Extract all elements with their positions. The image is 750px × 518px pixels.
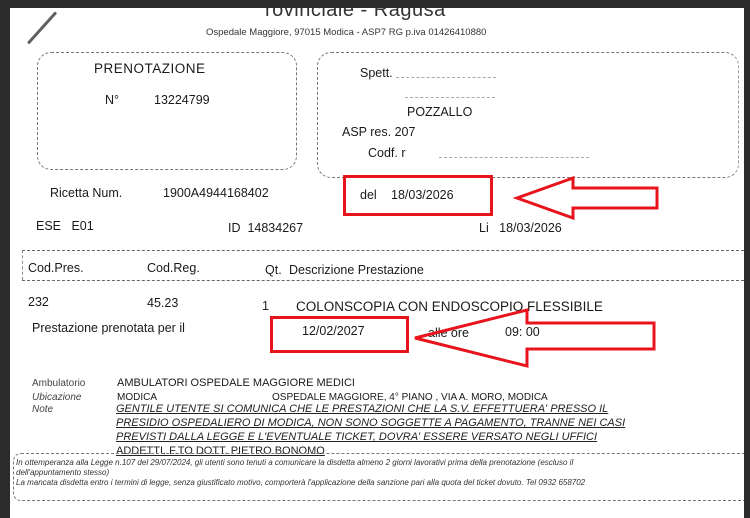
recipient-codf: Codf. r bbox=[368, 146, 589, 160]
footer-line-3: La mancata disdetta entro i termini di l… bbox=[16, 478, 585, 487]
redacted-name bbox=[396, 69, 496, 78]
ese-label: ESE bbox=[36, 219, 61, 233]
cell-qt: 1 bbox=[262, 299, 269, 313]
scanned-document: rovinciale - Ragusa Ospedale Maggiore, 9… bbox=[10, 8, 744, 518]
footer-line-1: In ottemperanza alla Legge n.107 del 29/… bbox=[16, 458, 573, 467]
cell-cod-pres: 232 bbox=[28, 295, 49, 309]
booking-title: PRENOTAZIONE bbox=[94, 61, 206, 76]
id-label: ID bbox=[228, 221, 241, 235]
footer-line-2: dell'appuntamento stesso) bbox=[16, 468, 109, 477]
id-value: 14834267 bbox=[247, 221, 303, 235]
redacted-address bbox=[405, 85, 495, 103]
booking-number-label: N° bbox=[105, 93, 119, 107]
booking-number: 13224799 bbox=[154, 93, 210, 107]
del-label: del bbox=[360, 188, 377, 202]
del-date: 18/03/2026 bbox=[391, 188, 454, 202]
redacted-codf bbox=[439, 149, 589, 158]
li-label: Li bbox=[479, 221, 489, 235]
ubicazione-label: Ubicazione bbox=[32, 392, 81, 403]
col-descrizione: Descrizione Prestazione bbox=[289, 263, 424, 277]
table-header-left-rule bbox=[22, 250, 23, 280]
arrow-left-icon bbox=[515, 176, 665, 220]
table-header-top-rule bbox=[22, 250, 744, 251]
cell-cod-reg: 45.23 bbox=[147, 296, 178, 310]
header-title: rovinciale - Ragusa bbox=[265, 8, 446, 22]
ambulatorio-label: Ambulatorio bbox=[32, 378, 85, 389]
id-field: ID 14834267 bbox=[228, 221, 303, 235]
header-subtitle: Ospedale Maggiore, 97015 Modica - ASP7 R… bbox=[206, 27, 486, 38]
appointment-date: 12/02/2027 bbox=[302, 324, 365, 338]
ese-value: E01 bbox=[71, 219, 93, 233]
ambulatorio-value: AMBULATORI OSPEDALE MAGGIORE MEDICI bbox=[117, 377, 355, 389]
salutation-text: Spett. bbox=[360, 66, 393, 80]
ese-field: ESE E01 bbox=[36, 219, 94, 233]
arrow-left-icon bbox=[413, 307, 663, 369]
li-date: 18/03/2026 bbox=[499, 221, 562, 235]
recipient-asp: ASP res. 207 bbox=[342, 125, 415, 139]
li-field: Li 18/03/2026 bbox=[479, 221, 562, 235]
col-qt: Qt. bbox=[265, 263, 282, 277]
appointment-label: Prestazione prenotata per il bbox=[32, 321, 185, 335]
ubicazione-address: OSPEDALE MAGGIORE, 4° PIANO , VIA A. MOR… bbox=[272, 392, 548, 403]
col-cod-reg: Cod.Reg. bbox=[147, 261, 200, 275]
note-line-2: PRESIDIO OSPEDALIERO DI MODICA, NON SONO… bbox=[116, 417, 625, 429]
ricetta-label: Ricetta Num. bbox=[50, 186, 122, 200]
recipient-city: POZZALLO bbox=[407, 105, 472, 119]
codf-label: Codf. r bbox=[368, 146, 406, 160]
note-line-3: PREVISTI DALLA LEGGE E L'EVENTUALE TICKE… bbox=[116, 431, 597, 443]
pen-mark bbox=[27, 11, 57, 44]
ricetta-number: 1900A4944168402 bbox=[163, 186, 269, 200]
col-cod-pres: Cod.Pres. bbox=[28, 261, 84, 275]
note-line-1: GENTILE UTENTE SI COMUNICA CHE LE PRESTA… bbox=[116, 403, 608, 415]
note-label: Note bbox=[32, 404, 53, 415]
recipient-salutation: Spett. bbox=[360, 66, 496, 80]
ubicazione-city: MODICA bbox=[117, 392, 157, 403]
table-header-bottom-rule bbox=[22, 280, 744, 281]
